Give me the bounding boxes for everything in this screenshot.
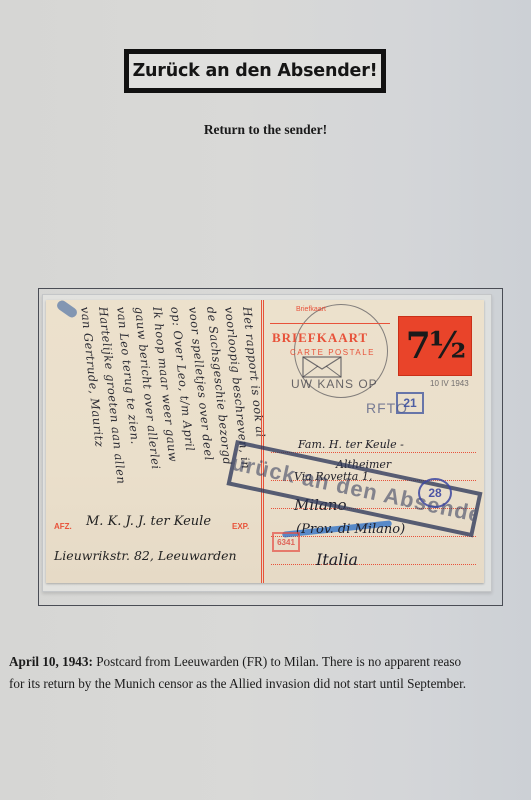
sender-label-exp: EXP. (232, 522, 249, 531)
caption-line-2: for its return by the Munich censor as t… (9, 673, 531, 695)
address-line (271, 452, 476, 453)
envelope-icon (302, 356, 342, 378)
sender-name: M. K. J. J. ter Keule (86, 514, 211, 529)
postmark-date: 10 IV 1943 (430, 379, 469, 388)
postage-stamp: 7½ (398, 316, 472, 376)
red-censor-number: 6341 (277, 538, 295, 547)
sender-address: Lieuwrikstr. 82, Leeuwarden (54, 548, 237, 563)
censor-box-number: 21 (403, 396, 416, 410)
address-line (271, 564, 476, 565)
page-title: Zurück an den Absender! (133, 61, 378, 81)
recipient-line: Fam. H. ter Keule - (298, 438, 404, 451)
red-censor-box: 6341 (272, 532, 300, 552)
printed-rule (270, 323, 390, 324)
caption-line-1: April 10, 1943: Postcard from Leeuwarden… (9, 651, 531, 673)
censor-box-mark: 21 (396, 392, 424, 414)
message-area: Het rapport is ook alvoorloopig beschrev… (54, 306, 254, 516)
censor-circle-number: 28 (428, 486, 441, 500)
recipient-line: (Prov. di Milano) (296, 522, 405, 537)
postmark-slogan: UW KANS OP (291, 377, 378, 391)
recipient-line: Italia (316, 550, 358, 569)
sender-label-afz: AFZ. (54, 522, 72, 531)
caption-date: April 10, 1943: (9, 654, 93, 669)
page-subtitle: Return to the sender! (0, 122, 531, 138)
printed-title: BRIEFKAART (272, 330, 368, 346)
postcard: Het rapport is ook alvoorloopig beschrev… (46, 300, 484, 583)
stamp-value: 7½ (406, 325, 465, 367)
title-box: Zurück an den Absender! (124, 49, 386, 93)
card-divider (261, 300, 264, 583)
censor-circle-mark: 28 (418, 478, 452, 508)
caption-text-1: Postcard from Leeuwarden (FR) to Milan. … (93, 654, 461, 669)
printed-small-heading: Briefkaart (296, 306, 326, 313)
caption: April 10, 1943: Postcard from Leeuwarden… (9, 651, 531, 695)
